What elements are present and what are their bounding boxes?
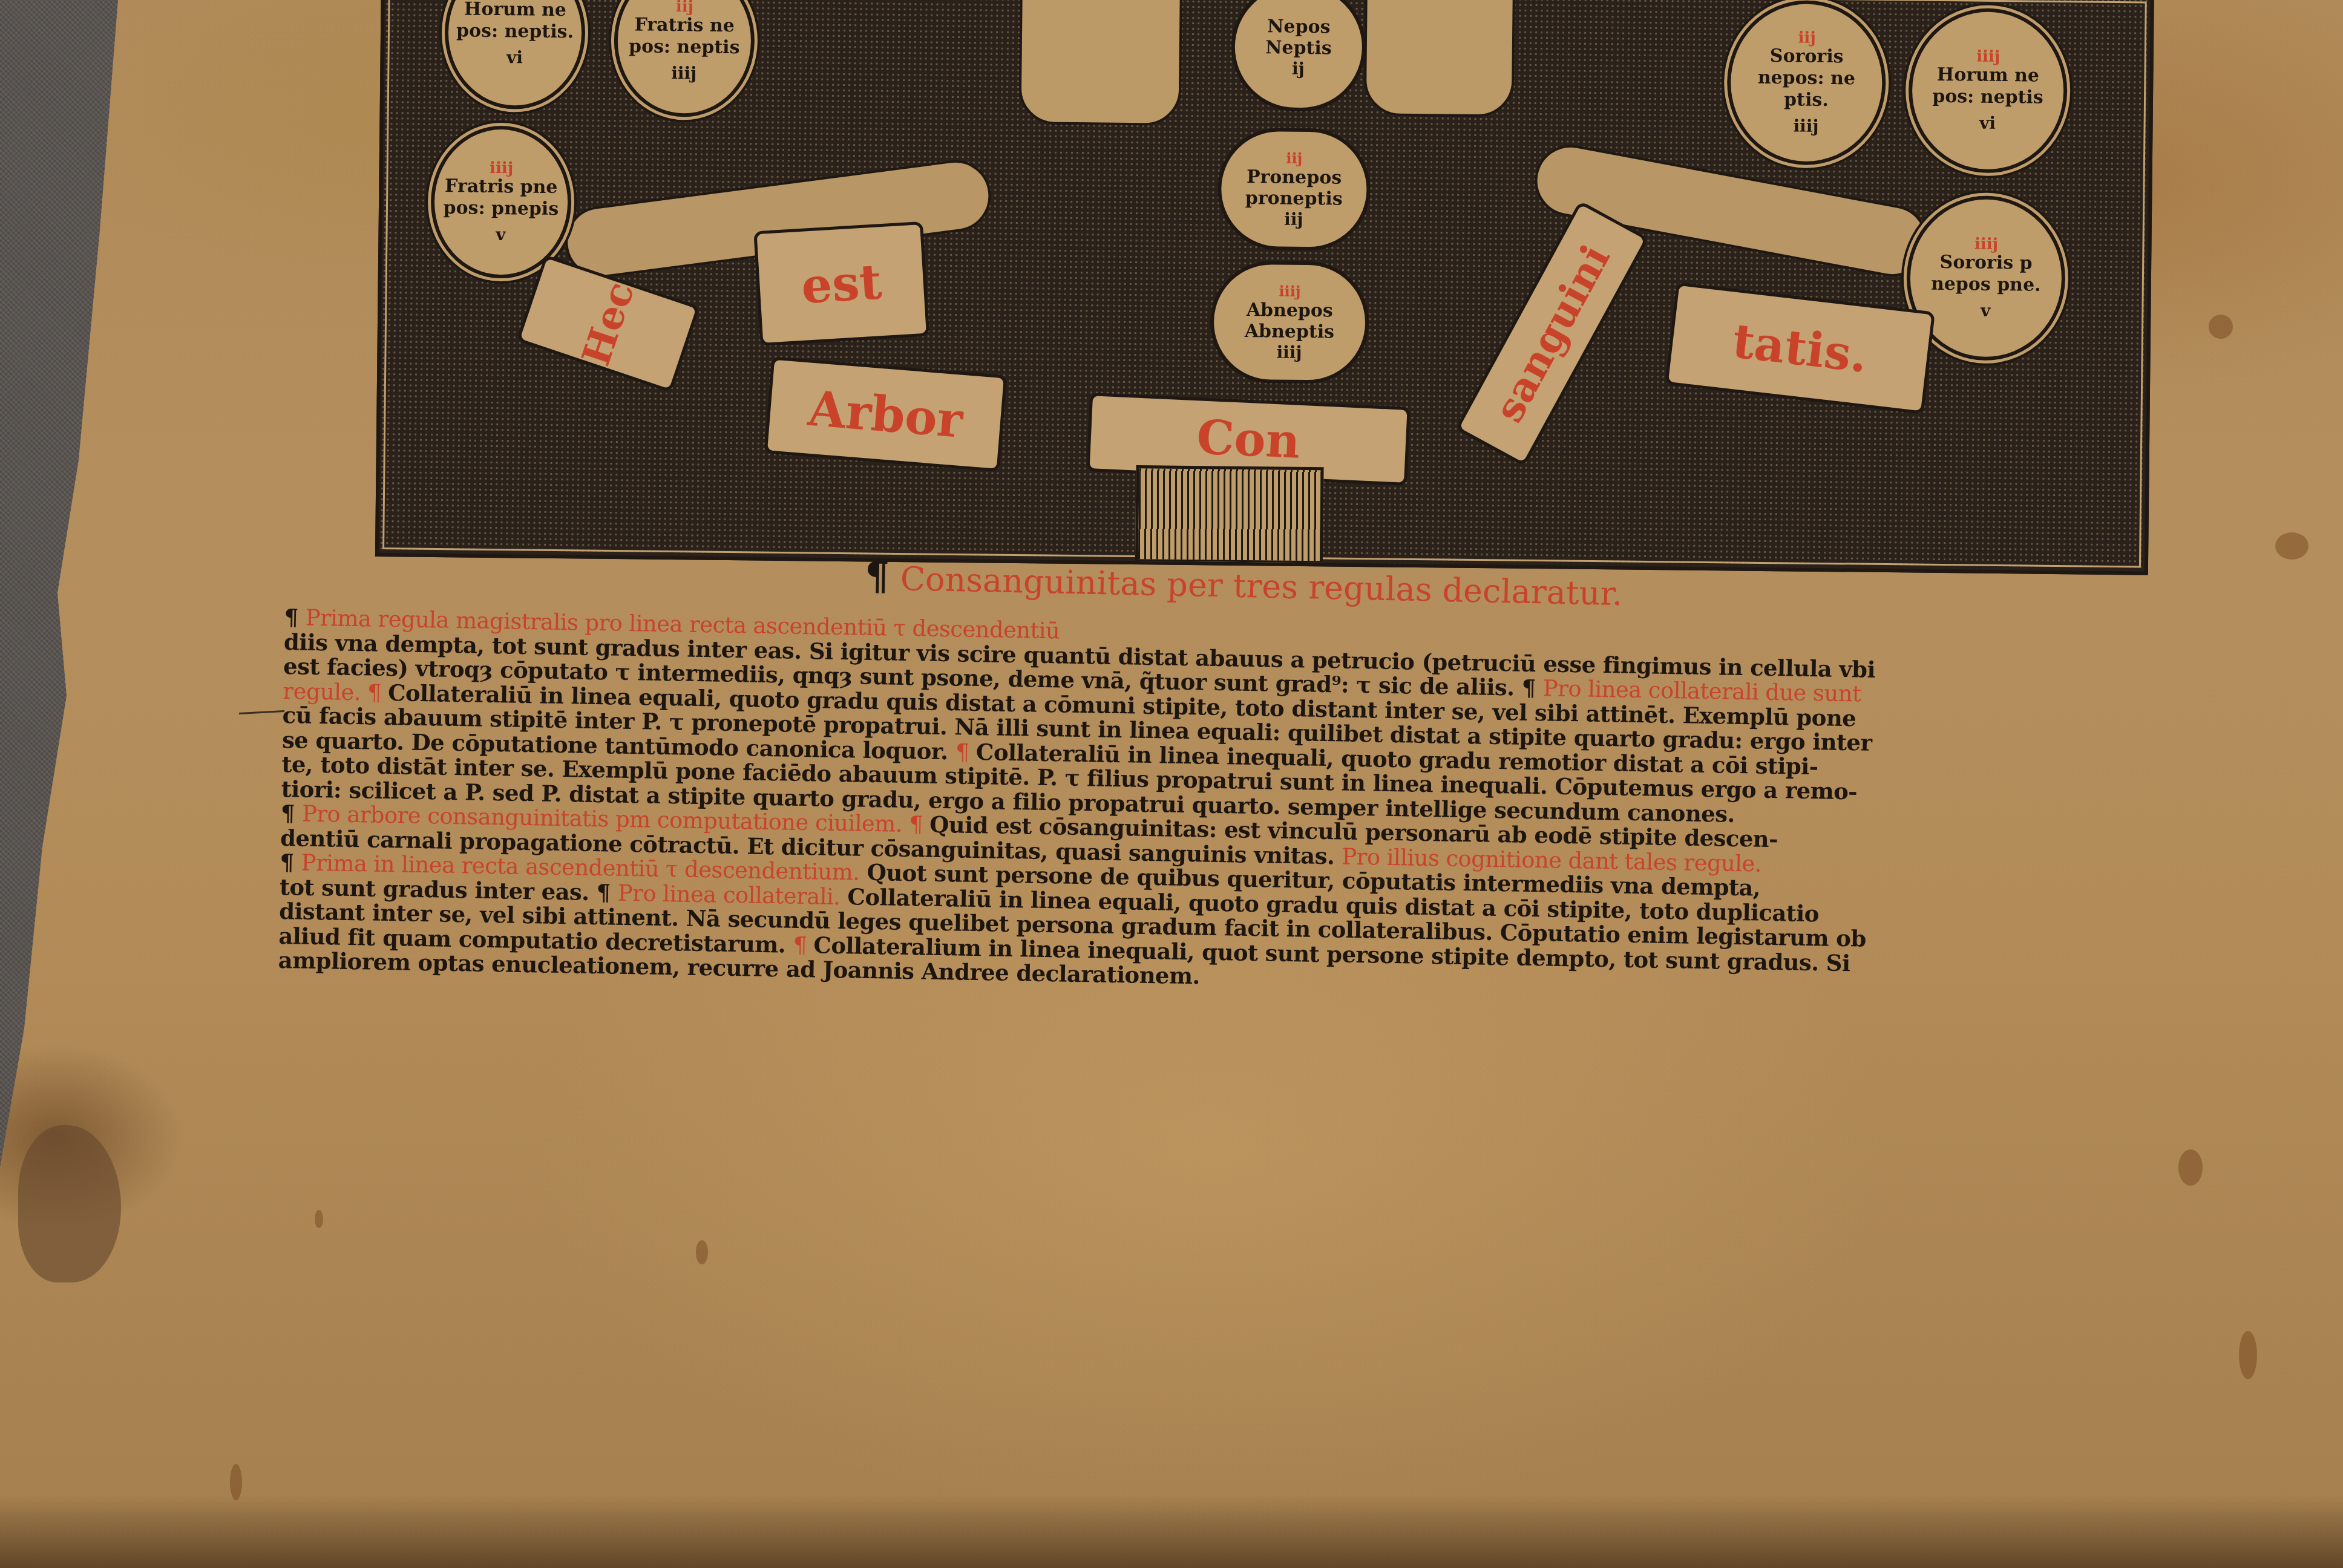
body-text: ¶	[1514, 674, 1543, 701]
tree-root-base	[1135, 465, 1324, 564]
banner-text: tatis.	[1730, 313, 1870, 384]
banner-text: Arbor	[806, 380, 965, 449]
foxing-spot	[2178, 1149, 2203, 1186]
medallion-red-degree: iiij	[1279, 283, 1300, 300]
medallion-name: pos: neptis	[1932, 85, 2043, 108]
medallion-name: Neptis	[1265, 37, 1332, 59]
medallion-name: nepos: ne	[1758, 67, 1856, 90]
rubric-text: ¶	[793, 932, 814, 958]
medallion-name: pos: neptis.	[456, 20, 574, 43]
medallion-red-degree: iiij	[490, 160, 513, 175]
foxing-spot	[2275, 532, 2309, 560]
medallion-degree: iij	[1284, 209, 1303, 229]
medallion-name: Abneptis	[1245, 321, 1335, 343]
banner-word-est: est	[753, 221, 929, 346]
medallion-name: Fratris ne	[634, 14, 735, 37]
medallion-degree: vi	[1979, 113, 1996, 132]
medallion-name: Sororis	[1770, 45, 1844, 68]
rubric-text: ¶	[955, 739, 977, 765]
medallion-name: Abnepos	[1247, 299, 1333, 321]
medallion-name: nepos pne.	[1931, 273, 2041, 296]
foxing-spot	[230, 1464, 242, 1500]
medallion-red-degree: iiij	[1974, 236, 1998, 252]
medallion-name: proneptis	[1245, 188, 1343, 210]
figure-robe-left	[1018, 0, 1182, 126]
consanguinity-tree-woodcut: Horum ne pos: neptis. vi iij Fratris ne …	[375, 0, 2154, 575]
medallion-center-3: iiij Abnepos Abneptis iiij	[1210, 260, 1369, 384]
medallion-degree: v	[496, 224, 506, 244]
medallion-name: Sororis p	[1939, 251, 2032, 274]
medallion-center-2: iij Pronepos proneptis iij	[1217, 128, 1371, 252]
foxing-spot	[315, 1210, 323, 1228]
banner-word-arbor: Arbor	[764, 356, 1008, 472]
medallion-name: pos: pnepis	[444, 197, 559, 220]
medallion-name: Fratris pne	[445, 175, 558, 198]
banner-text: Con	[1196, 410, 1302, 469]
medallion-degree: ij	[1292, 58, 1305, 78]
paragraph-mark-icon: ¶	[864, 554, 890, 599]
medallion-degree: iiij	[1793, 116, 1818, 136]
medallion-name: Horum ne	[464, 0, 566, 21]
medallion-degree: iiij	[1276, 342, 1302, 362]
medallion-red-degree: iij	[676, 0, 693, 15]
medallion-red-degree: iij	[1286, 149, 1302, 167]
water-stain	[18, 1125, 121, 1282]
medallion-degree: v	[1981, 300, 1991, 320]
figure-robe-right	[1364, 0, 1516, 117]
medallion-degree: vi	[506, 47, 523, 67]
body-text: ¶	[281, 800, 303, 827]
medallion-name: ptis.	[1784, 89, 1829, 111]
foxing-spot	[2239, 1331, 2257, 1379]
medallion-name: pos: neptis	[629, 36, 740, 59]
medallion-red-degree: iij	[1798, 30, 1815, 45]
foxing-spot	[2209, 315, 2233, 339]
body-text-block: ¶ Prima regula magistralis pro linea rec…	[278, 605, 2160, 1005]
medallion-name: Nepos	[1267, 16, 1331, 38]
medallion-red-degree: iiij	[1976, 48, 2000, 64]
banner-text: est	[800, 253, 883, 315]
body-text: ¶	[280, 849, 301, 876]
banner-text: Hec	[573, 276, 643, 371]
medallion-degree: iiij	[671, 63, 696, 83]
body-text: ¶	[284, 604, 306, 631]
medallion-name: Pronepos	[1247, 166, 1342, 189]
medallion-name: Horum ne	[1937, 64, 2039, 87]
foxing-spot	[696, 1240, 708, 1264]
